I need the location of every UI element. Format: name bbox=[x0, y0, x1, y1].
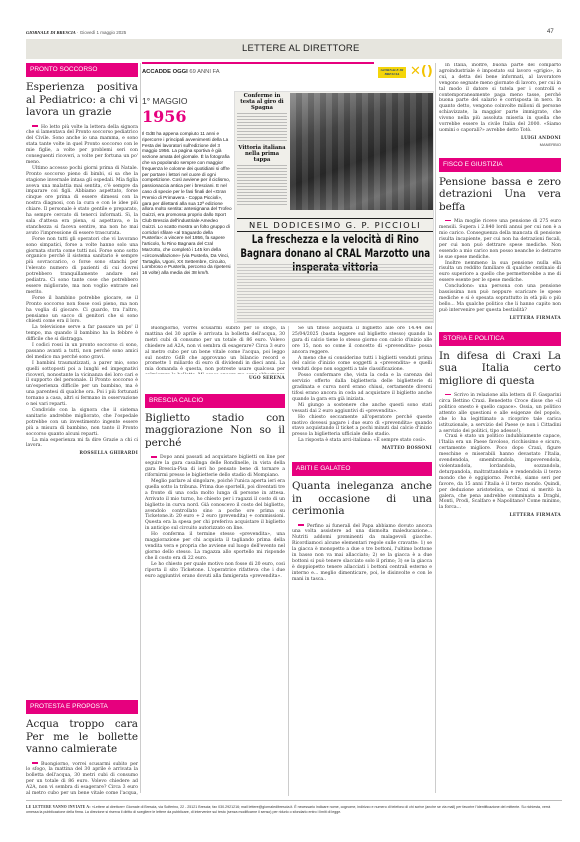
masthead: GIORNALE DI BRESCIA · Giovedì 1 maggio 2… bbox=[26, 30, 126, 35]
accadde-oggi-header: ACCADDE OGGI 69 ANNI FA GIORNALE DI BRES… bbox=[142, 62, 434, 84]
page-number: 47 bbox=[547, 29, 554, 35]
paper-name: GIORNALE DI BRESCIA bbox=[26, 30, 76, 35]
bullet-dash-icon bbox=[32, 125, 38, 127]
accent-line bbox=[142, 62, 374, 64]
cyclists-photo bbox=[290, 93, 433, 210]
category-tag: PRONTO SOCCORSO bbox=[26, 63, 138, 77]
bullet-dash-icon bbox=[445, 394, 451, 396]
accadde-label: ACCADDE OGGI bbox=[142, 69, 188, 75]
letter-headline: Pensione bassa e zero detrazioni Una ver… bbox=[439, 176, 561, 214]
letter-column-3: Se un tifoso acquista il biglietto alle … bbox=[292, 326, 432, 796]
bullet-dash-icon bbox=[445, 220, 451, 222]
letter-headline: Biglietto stadio con maggiorazione Non s… bbox=[145, 412, 285, 450]
section-title: LETTERE AL DIRETTORE bbox=[242, 43, 360, 54]
anniversary-logo-icon: ✕() bbox=[410, 65, 433, 78]
years-ago: 69 ANNI FA bbox=[189, 69, 219, 75]
accadde-year: 1956 bbox=[142, 107, 187, 126]
footer-label: LE LETTERE VANNO INVIATE A: bbox=[26, 805, 91, 809]
accadde-text: Il GdB ha appena compiuto 11 anni e ripe… bbox=[142, 131, 232, 276]
historic-clipping: Conferme in testa al giro di Spagna Vitt… bbox=[234, 91, 434, 323]
letter-headline: Esperienza positiva al Pediatrico: a chi… bbox=[26, 81, 138, 119]
footer-text: «Lettere al direttore» Giornale di Bresc… bbox=[26, 805, 550, 814]
category-tag: BRESCIA CALCIO bbox=[145, 394, 285, 408]
signature: LETTERA FIRMATA bbox=[439, 513, 561, 519]
category-tag: FISCO E GIUSTIZIA bbox=[439, 158, 561, 172]
column-divider bbox=[288, 326, 289, 796]
column-divider bbox=[140, 63, 141, 793]
bullet-dash-icon bbox=[32, 762, 38, 764]
letter-column-4: In Italia, inoltre, buona parte del comp… bbox=[439, 63, 561, 796]
clipping-side-column: Conferme in testa al giro di Spagna Vitt… bbox=[237, 93, 287, 205]
category-tag: STORIA E POLITICA bbox=[439, 332, 561, 346]
accadde-date: 1° MAGGIO bbox=[142, 96, 187, 106]
letter-protesta-proposta: PROTESTA E PROPOSTA Acqua troppo cara Pe… bbox=[26, 700, 138, 796]
column-divider bbox=[435, 63, 436, 793]
category-tag: PROTESTA E PROPOSTA bbox=[26, 700, 138, 714]
letter-pronto-soccorso: PRONTO SOCCORSO Esperienza positiva al P… bbox=[26, 63, 138, 457]
bullet-dash-icon bbox=[151, 456, 157, 458]
signature: ROSSELLA GHIRARDI bbox=[26, 451, 138, 457]
issue-date: Giovedì 1 maggio 2025 bbox=[80, 30, 127, 35]
letter-headline: Quanta ineleganza anche in occasione di … bbox=[292, 480, 432, 518]
category-tag: ABITI E GALATEO bbox=[292, 462, 432, 476]
bullet-dash-icon bbox=[298, 524, 304, 526]
gdb-logo: GIORNALE DI BRESCIA bbox=[378, 67, 406, 78]
clipping-kicker: NEL DODICESIMO G. P. PICCIOLI bbox=[237, 218, 433, 232]
section-header: LETTERE AL DIRETTORE bbox=[26, 39, 562, 59]
letter-column-2: Buongiorno, vorrei scusarmi subito per l… bbox=[145, 326, 285, 796]
letter-headline: Acqua troppo cara Per me le bollette van… bbox=[26, 718, 138, 756]
submission-info: LE LETTERE VANNO INVIATE A: «Lettere al … bbox=[26, 800, 562, 815]
letter-headline: In difesa di Craxi La sua Italia certo m… bbox=[439, 350, 561, 388]
clipping-body bbox=[237, 264, 433, 322]
